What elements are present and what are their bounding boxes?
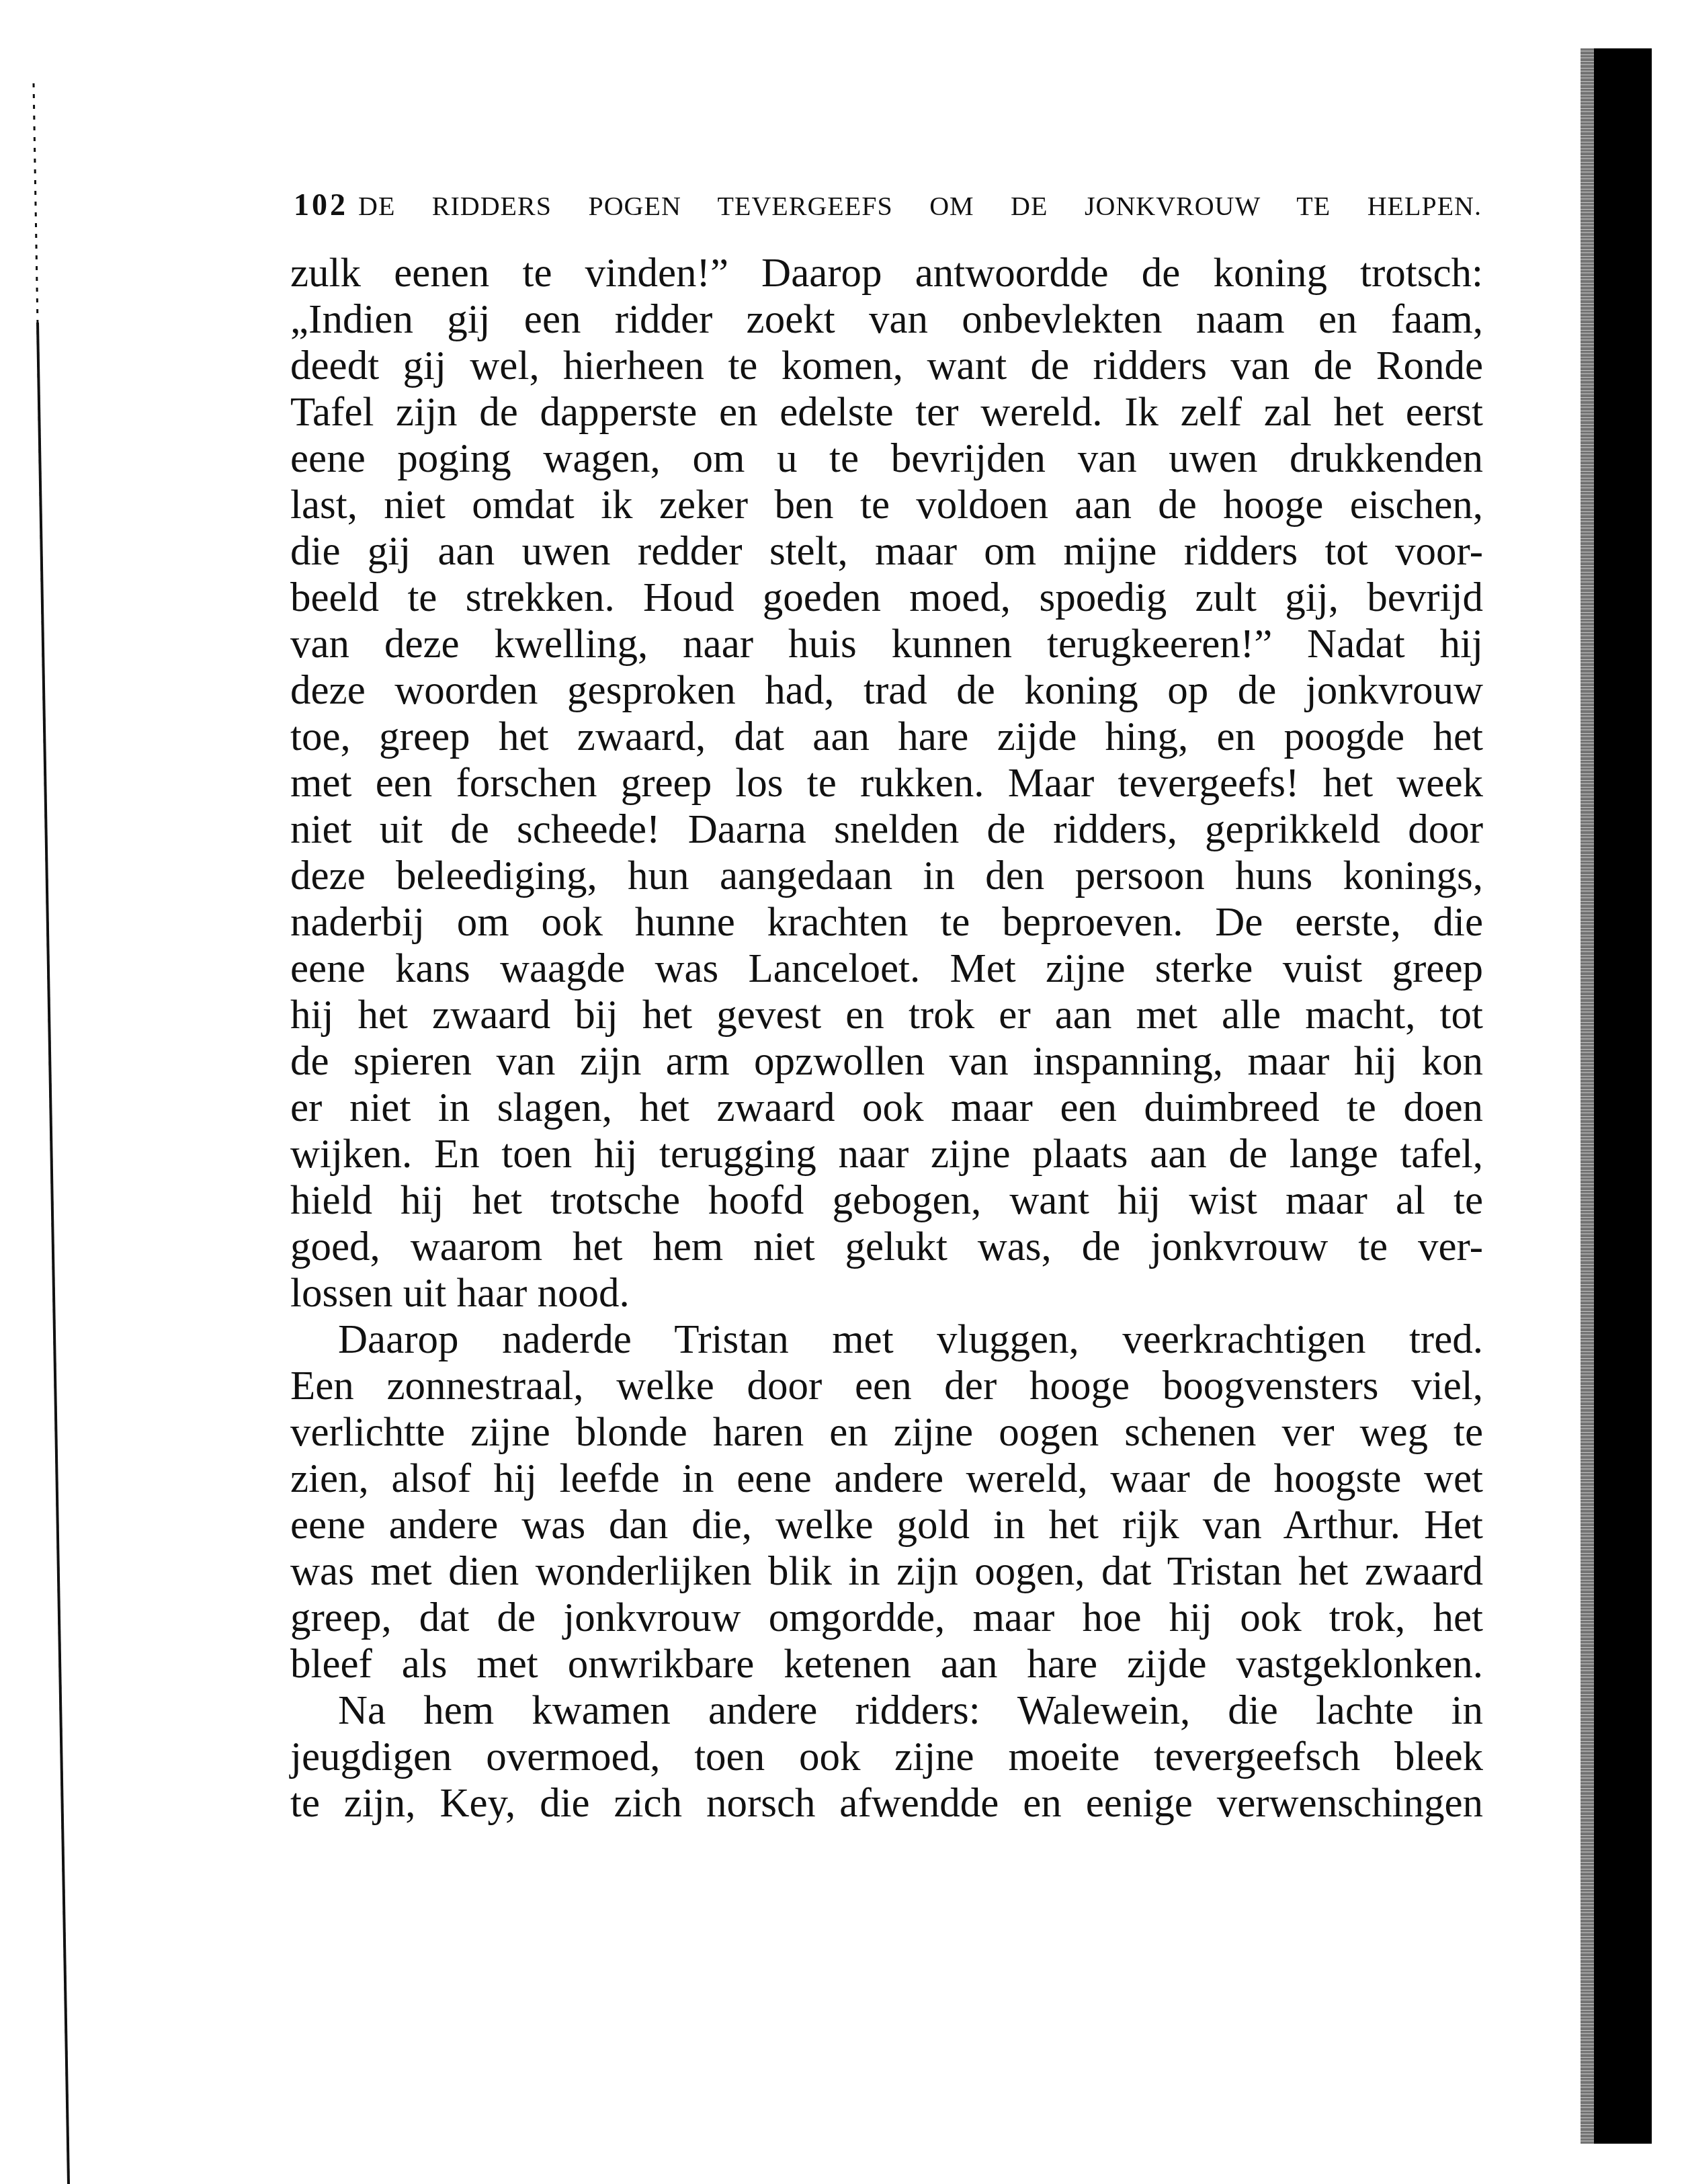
text-line: eene kans waagde was Lanceloet. Met zijn… (290, 946, 1483, 992)
text-line: Een zonnestraal, welke door een der hoog… (290, 1363, 1483, 1409)
text-line: zulk eenen te vinden!” Daarop antwoordde… (290, 250, 1483, 296)
scan-shadow-bar (1594, 48, 1652, 2144)
text-line: hij het zwaard bij het gevest en trok er… (290, 992, 1483, 1038)
text-line: Tafel zijn de dapperste en edelste ter w… (290, 389, 1483, 435)
text-line: met een forschen greep los te rukken. Ma… (290, 760, 1483, 806)
text-line: deze woorden gesproken had, trad de koni… (290, 667, 1483, 714)
text-line: toe, greep het zwaard, dat aan hare zijd… (290, 714, 1483, 760)
text-line: naderbij om ook hunne krachten te beproe… (290, 899, 1483, 946)
text-line: die gij aan uwen redder stelt, maar om m… (290, 528, 1483, 575)
text-line: goed, waarom het hem niet gelukt was, de… (290, 1224, 1483, 1270)
text-line: deze beleediging, hun aangedaan in den p… (290, 853, 1483, 899)
text-line: zien, alsof hij leefde in eene andere we… (290, 1456, 1483, 1502)
body-text: zulk eenen te vinden!” Daarop antwoordde… (290, 250, 1483, 1826)
text-line: „Indien gij een ridder zoekt van onbevle… (290, 296, 1483, 343)
text-line: hield hij het trotsche hoofd gebogen, wa… (290, 1177, 1483, 1224)
running-title: DE RIDDERS POGEN TEVERGEEFS OM DE JONKVR… (358, 191, 1482, 222)
text-line: verlichtte zijne blonde haren en zijne o… (290, 1409, 1483, 1456)
text-line: wijken. En toen hij terugging naar zijne… (290, 1131, 1483, 1177)
text-line: Daarop naderde Tristan met vluggen, veer… (290, 1316, 1483, 1363)
text-line: eene andere was dan die, welke gold in h… (290, 1502, 1483, 1548)
text-line: Na hem kwamen andere ridders: Walewein, … (290, 1687, 1483, 1734)
text-line: deedt gij wel, hierheen te komen, want d… (290, 343, 1483, 389)
running-header: 102 DE RIDDERS POGEN TEVERGEEFS OM DE JO… (294, 188, 1482, 222)
text-line: bleef als met onwrikbare ketenen aan har… (290, 1641, 1483, 1687)
text-line: greep, dat de jonkvrouw omgordde, maar h… (290, 1595, 1483, 1641)
text-line: van deze kwelling, naar huis kunnen teru… (290, 621, 1483, 667)
text-line: last, niet omdat ik zeker ben te voldoen… (290, 482, 1483, 528)
text-line: te zijn, Key, die zich norsch afwendde e… (290, 1780, 1483, 1826)
text-line: niet uit de scheede! Daarna snelden de r… (290, 806, 1483, 853)
text-line: er niet in slagen, het zwaard ook maar e… (290, 1085, 1483, 1131)
text-line: lossen uit haar nood. (290, 1270, 1483, 1316)
book-page: 102 DE RIDDERS POGEN TEVERGEEFS OM DE JO… (0, 0, 1684, 2184)
text-line: was met dien wonderlijken blik in zijn o… (290, 1548, 1483, 1595)
text-line: jeugdigen overmoed, toen ook zijne moeit… (290, 1734, 1483, 1780)
text-line: de spieren van zijn arm opzwollen van in… (290, 1038, 1483, 1085)
text-line: eene poging wagen, om u te bevrijden van… (290, 435, 1483, 482)
text-line: beeld te strekken. Houd goeden moed, spo… (290, 575, 1483, 621)
page-number: 102 (294, 188, 348, 222)
